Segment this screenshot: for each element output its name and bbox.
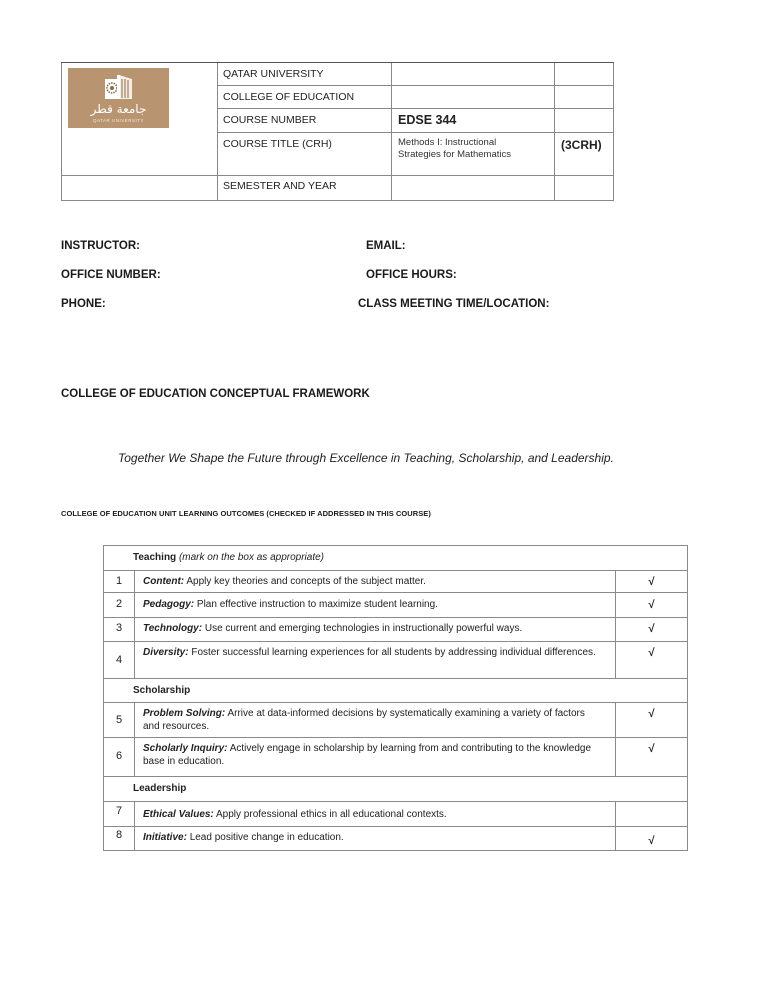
outcome-description: Technology: Use current and emerging tec… xyxy=(143,622,598,635)
outcome-number: 7 xyxy=(104,802,135,826)
outcome-row: 1 Content: Apply key theories and concep… xyxy=(104,571,687,593)
outcome-row: 2 Pedagogy: Plan effective instruction t… xyxy=(104,593,687,618)
outcome-checkbox[interactable]: √ xyxy=(615,642,687,678)
outcome-text: Use current and emerging technologies in… xyxy=(205,623,522,634)
logo-arabic-text: جامعة قطر xyxy=(68,103,169,115)
table-border xyxy=(61,175,614,176)
outcome-number: 8 xyxy=(104,827,135,851)
outcome-term: Pedagogy: xyxy=(143,599,194,610)
outcome-row: 7 Ethical Values: Apply professional eth… xyxy=(104,802,687,827)
table-border xyxy=(217,108,614,109)
outcome-term: Ethical Values: xyxy=(143,809,214,820)
outcome-checkbox[interactable]: √ xyxy=(615,738,687,776)
header-label-semester: SEMESTER AND YEAR xyxy=(223,180,337,192)
check-mark-icon: √ xyxy=(648,647,654,659)
header-label-university: QATAR UNIVERSITY xyxy=(223,68,324,80)
table-border xyxy=(217,85,614,86)
outcome-row: 4 Diversity: Foster successful learning … xyxy=(104,642,687,679)
outcome-description: Initiative: Lead positive change in educ… xyxy=(143,831,598,844)
qatar-university-logo: جامعة قطر QATAR UNIVERSITY xyxy=(68,68,169,128)
table-border xyxy=(61,63,62,200)
course-title-value: Methods I: Instructional Strategies for … xyxy=(398,137,538,161)
outcome-term: Diversity: xyxy=(143,647,189,658)
outcome-row: 8 Initiative: Lead positive change in ed… xyxy=(104,827,687,851)
check-mark-icon: √ xyxy=(648,623,654,635)
outcome-text: Foster successful learning experiences f… xyxy=(191,647,595,658)
outcome-text: Apply professional ethics in all educati… xyxy=(216,809,447,820)
section-title: Leadership xyxy=(133,783,186,794)
section-name: Scholarship xyxy=(133,685,190,696)
outcome-row: 6 Scholarly Inquiry: Actively engage in … xyxy=(104,738,687,777)
university-emblem-icon xyxy=(103,73,134,103)
framework-motto: Together We Shape the Future through Exc… xyxy=(118,451,614,465)
outcome-description: Scholarly Inquiry: Actively engage in sc… xyxy=(143,742,598,768)
course-number-value: EDSE 344 xyxy=(398,113,456,127)
outcome-number: 6 xyxy=(104,738,135,776)
outcome-description: Content: Apply key theories and concepts… xyxy=(143,575,598,588)
phone-label: PHONE: xyxy=(61,298,106,310)
outcome-number: 5 xyxy=(104,703,135,737)
check-mark-icon: √ xyxy=(648,576,654,588)
section-header-scholarship: Scholarship xyxy=(104,679,687,703)
outcome-term: Scholarly Inquiry: xyxy=(143,743,227,754)
outcome-term: Technology: xyxy=(143,623,202,634)
learning-outcomes-table: Teaching (mark on the box as appropriate… xyxy=(103,545,688,851)
logo-latin-text: QATAR UNIVERSITY xyxy=(68,118,169,124)
section-header-teaching: Teaching (mark on the box as appropriate… xyxy=(104,546,687,571)
header-label-course-number: COURSE NUMBER xyxy=(223,114,316,126)
outcomes-title: COLLEGE OF EDUCATION UNIT LEARNING OUTCO… xyxy=(61,509,431,518)
office-number-label: OFFICE NUMBER: xyxy=(61,269,161,281)
instructor-label: INSTRUCTOR: xyxy=(61,240,140,252)
outcome-checkbox[interactable]: √ xyxy=(615,703,687,737)
outcome-number: 1 xyxy=(104,571,135,592)
email-label: EMAIL: xyxy=(366,240,406,252)
check-mark-icon: √ xyxy=(648,599,654,611)
section-title: Scholarship xyxy=(133,685,190,696)
header-label-college: COLLEGE OF EDUCATION xyxy=(223,91,354,103)
outcome-checkbox[interactable]: √ xyxy=(615,827,687,851)
section-name: Leadership xyxy=(133,783,186,794)
outcome-checkbox[interactable]: √ xyxy=(615,593,687,617)
outcome-row: 5 Problem Solving: Arrive at data-inform… xyxy=(104,703,687,738)
outcome-term: Content: xyxy=(143,576,184,587)
framework-title: COLLEGE OF EDUCATION CONCEPTUAL FRAMEWOR… xyxy=(61,388,370,400)
outcome-text: Lead positive change in education. xyxy=(190,832,344,843)
section-header-leadership: Leadership xyxy=(104,777,687,802)
check-mark-icon: √ xyxy=(648,708,654,720)
check-mark-icon: √ xyxy=(648,743,654,755)
outcome-text: Apply key theories and concepts of the s… xyxy=(186,576,426,587)
outcome-term: Initiative: xyxy=(143,832,187,843)
class-meeting-label: CLASS MEETING TIME/LOCATION: xyxy=(358,298,549,310)
check-mark-icon: √ xyxy=(648,835,654,847)
outcome-description: Ethical Values: Apply professional ethic… xyxy=(143,808,598,821)
outcome-checkbox[interactable]: √ xyxy=(615,571,687,592)
office-hours-label: OFFICE HOURS: xyxy=(366,269,457,281)
table-border xyxy=(217,132,614,133)
section-name: Teaching xyxy=(133,552,176,563)
outcome-description: Pedagogy: Plan effective instruction to … xyxy=(143,598,598,611)
outcome-checkbox[interactable] xyxy=(615,802,687,826)
credit-hours-value: (3CRH) xyxy=(561,138,602,152)
section-note: (mark on the box as appropriate) xyxy=(179,552,324,563)
outcome-row: 3 Technology: Use current and emerging t… xyxy=(104,618,687,642)
outcome-text: Plan effective instruction to maximize s… xyxy=(197,599,438,610)
outcome-checkbox[interactable]: √ xyxy=(615,618,687,641)
outcome-term: Problem Solving: xyxy=(143,708,225,719)
outcome-number: 3 xyxy=(104,618,135,641)
outcome-description: Problem Solving: Arrive at data-informed… xyxy=(143,707,598,733)
outcome-number: 2 xyxy=(104,593,135,617)
outcome-number: 4 xyxy=(104,642,135,678)
section-title: Teaching (mark on the box as appropriate… xyxy=(133,552,324,563)
outcome-description: Diversity: Foster successful learning ex… xyxy=(143,646,598,659)
header-label-course-title: COURSE TITLE (CRH) xyxy=(223,138,332,150)
